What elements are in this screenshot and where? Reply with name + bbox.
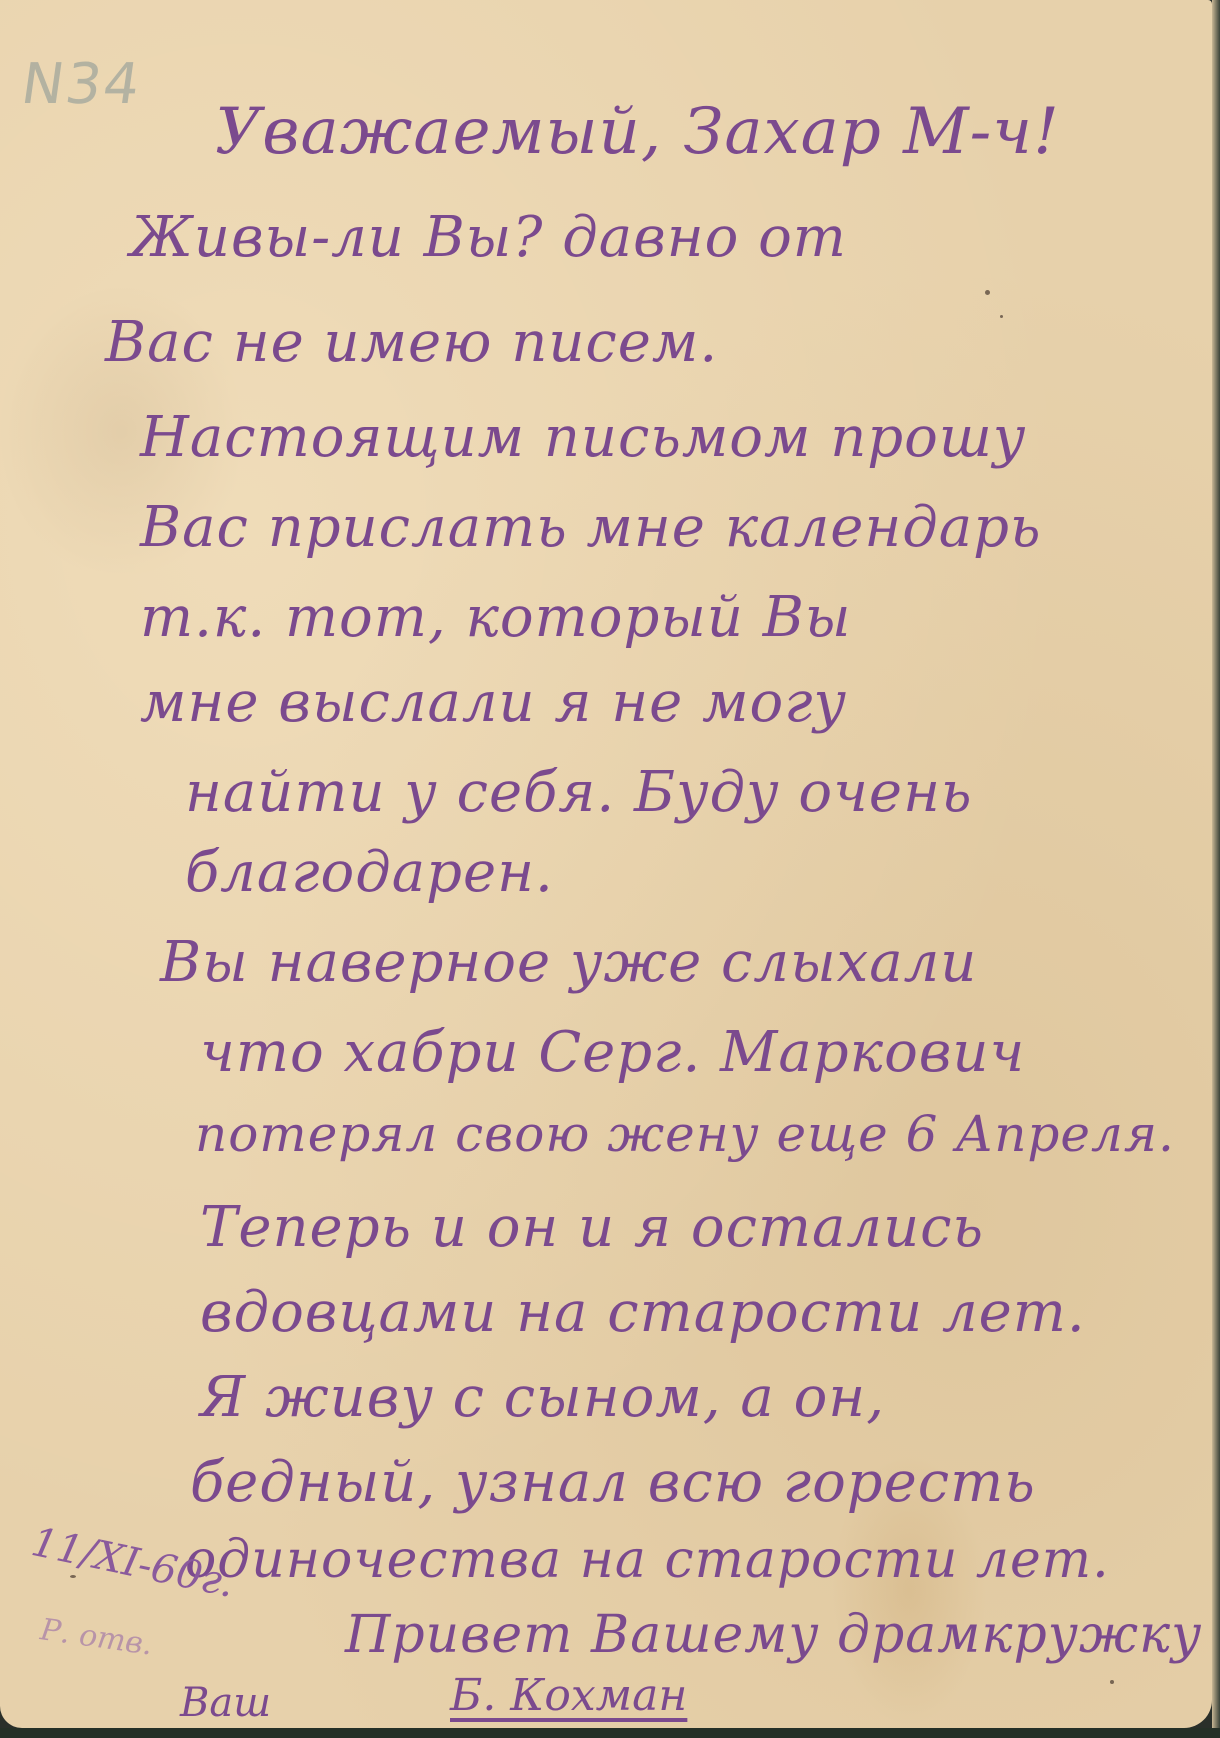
body-line: вдовцами на старости лет.: [200, 1280, 1086, 1345]
archive-number: N34: [17, 52, 145, 117]
body-line: Настоящим письмом прошу: [140, 405, 1026, 470]
body-line: потерял свою жену еще 6 Апреля.: [195, 1105, 1175, 1163]
paper-speck: [1000, 315, 1003, 318]
body-line: что хабри Серг. Маркович: [200, 1020, 1025, 1085]
body-line: благодарен.: [185, 840, 554, 905]
body-line: бедный, узнал всю горесть: [190, 1450, 1036, 1515]
body-line: Живы-ли Вы? давно от: [130, 205, 847, 270]
card-edge-right: [1212, 0, 1220, 1738]
body-line: Теперь и он и я остались: [200, 1195, 984, 1260]
body-line: мне выслали я не могу: [140, 670, 847, 735]
greeting: Уважаемый, Захар М-ч!: [215, 95, 1060, 169]
body-line: т.к. тот, который Вы: [140, 585, 852, 650]
body-line: одиночества на старости лет.: [185, 1530, 1110, 1590]
card-edge-bottom: [0, 1728, 1220, 1738]
body-line: Вас прислать мне календарь: [140, 495, 1041, 560]
closing: Ваш: [180, 1680, 271, 1726]
body-line: Я живу с сыном, а он,: [200, 1365, 885, 1430]
postcard: N34 Уважаемый, Захар М-ч! Живы-ли Вы? да…: [0, 0, 1212, 1728]
paper-speck: [1110, 1680, 1114, 1684]
signature: Б. Кохман: [450, 1670, 687, 1721]
body-line: найти у себя. Буду очень: [185, 760, 972, 825]
body-line: Вы наверное уже слыхали: [160, 930, 977, 995]
archive-note: Р. отв.: [38, 1612, 155, 1662]
paper-speck: [985, 290, 990, 295]
body-line: Привет Вашему драмкружку: [345, 1605, 1202, 1665]
body-line: Вас не имею писем.: [105, 310, 718, 375]
paper-speck: [70, 1575, 76, 1578]
